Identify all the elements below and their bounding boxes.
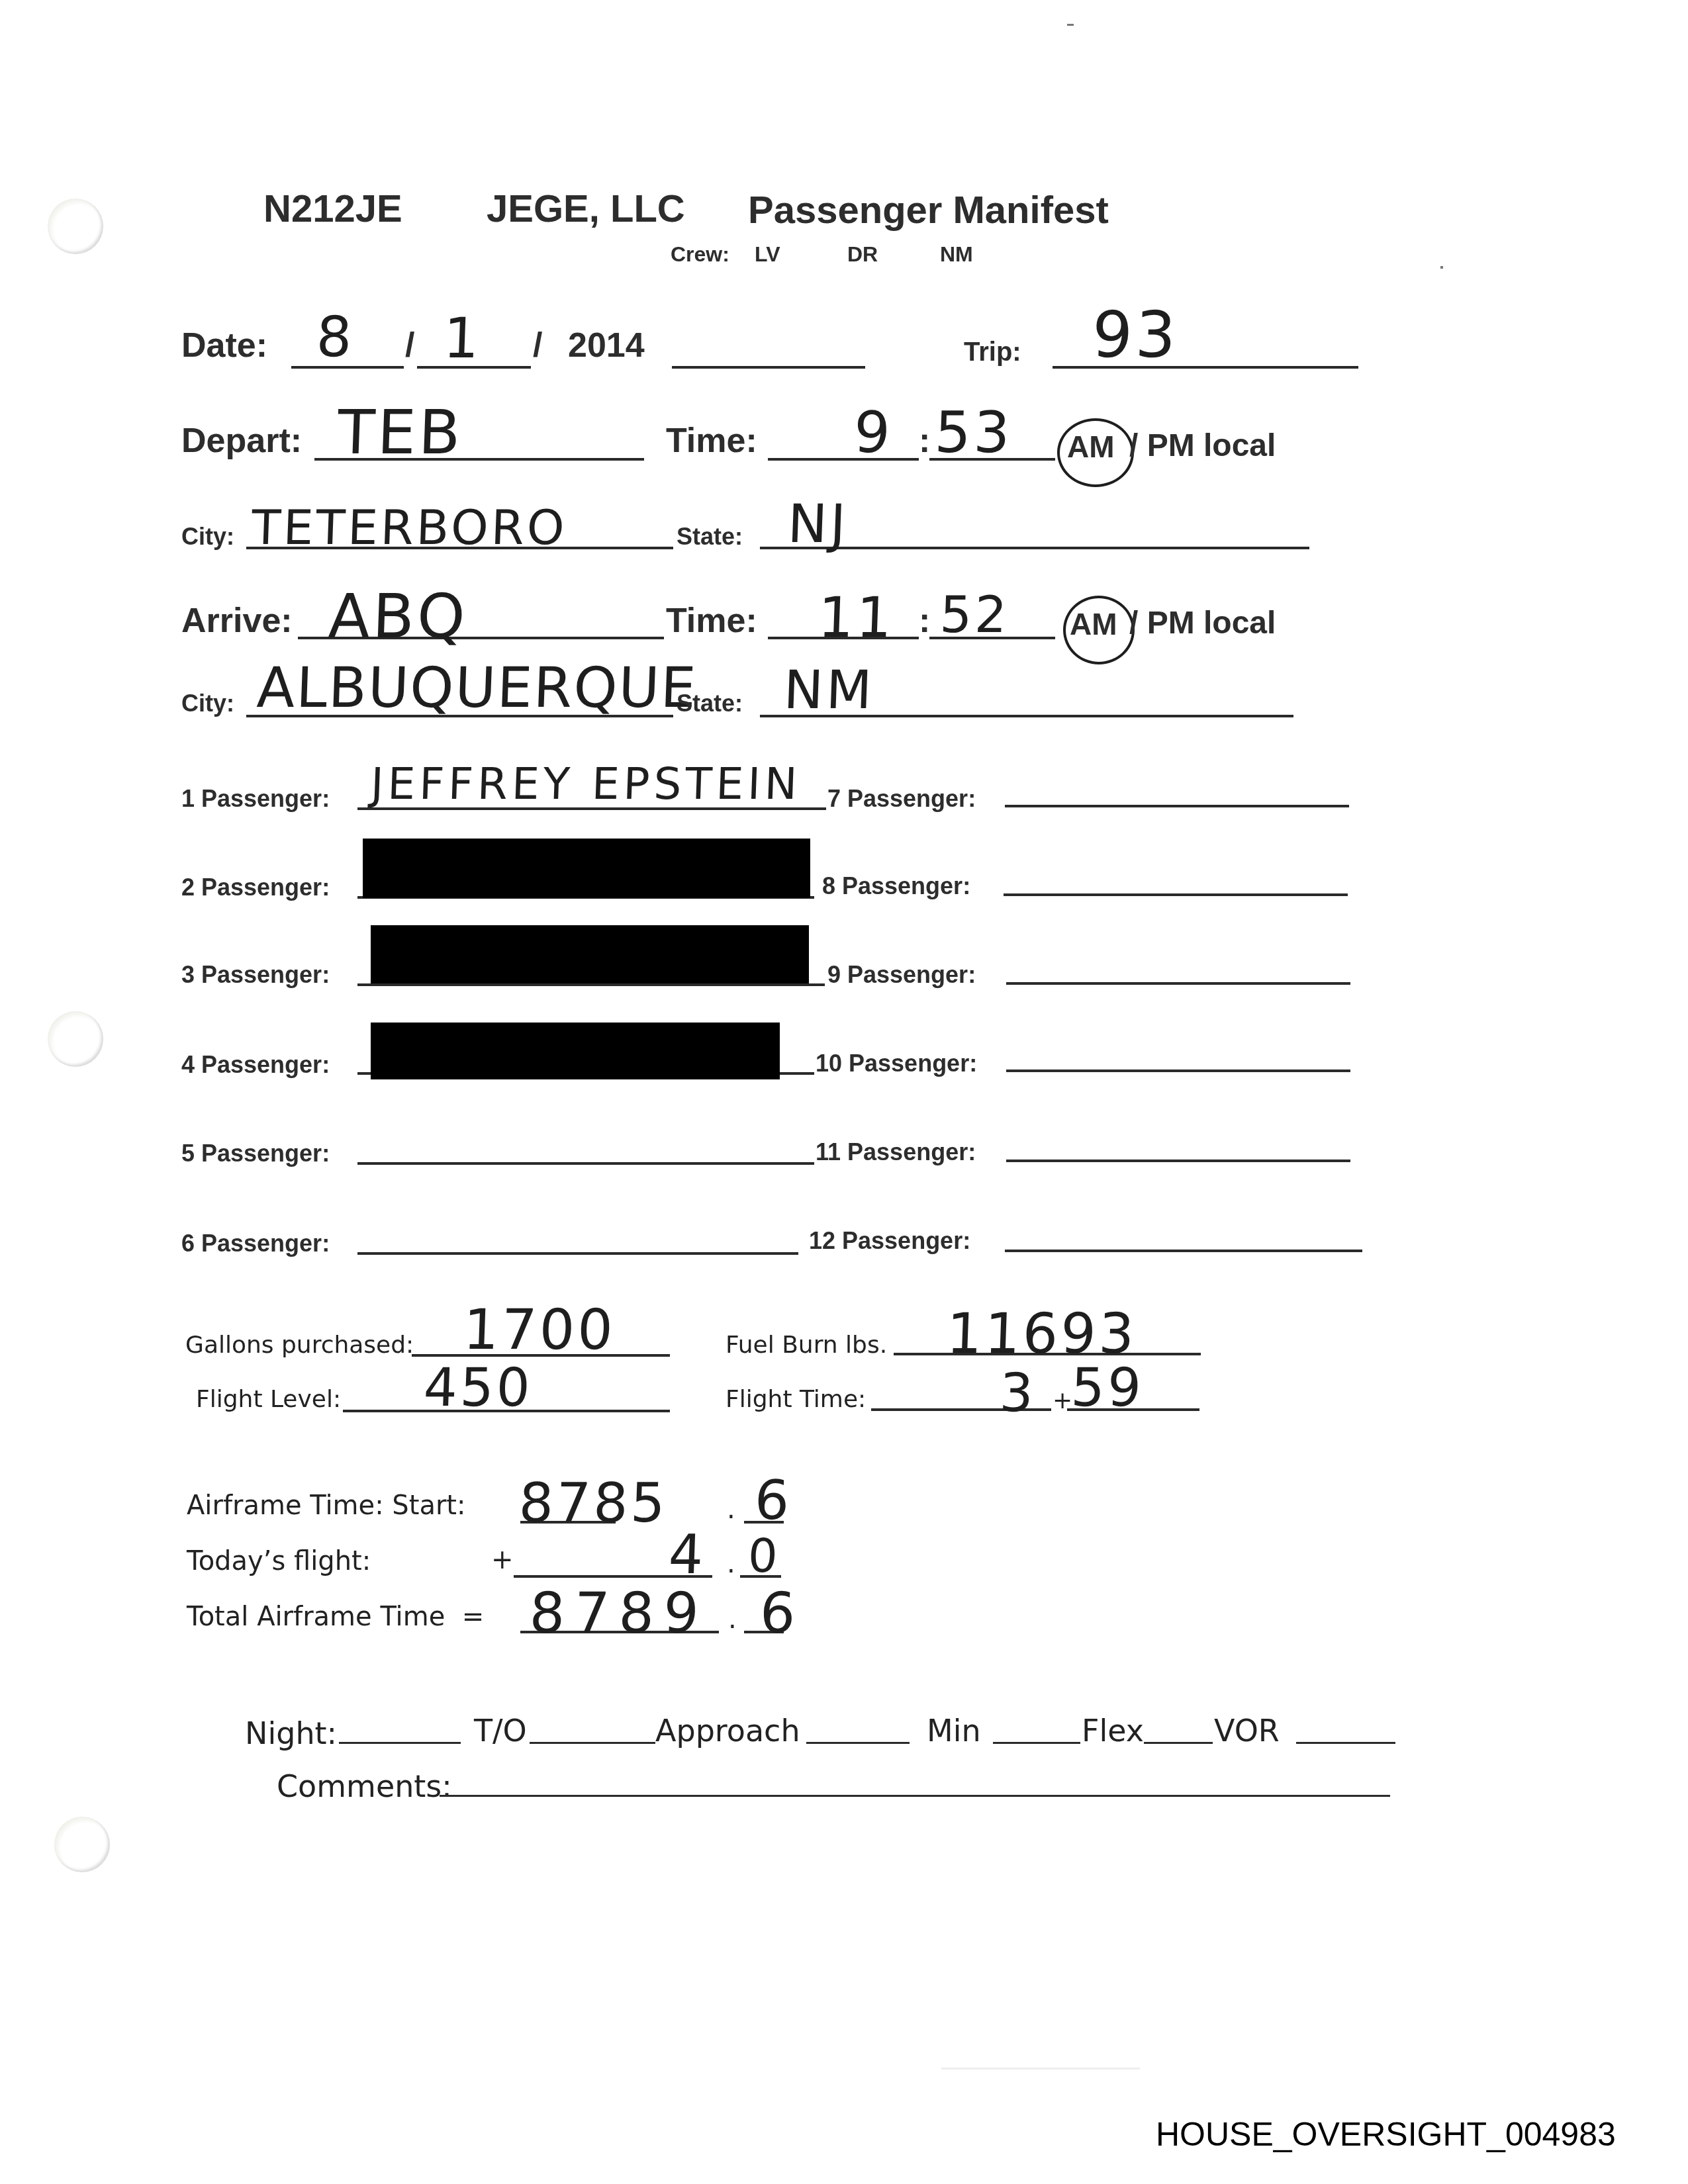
bates-number: HOUSE_OVERSIGHT_004983: [1156, 2115, 1616, 2154]
airframe-start-dot: .: [727, 1494, 735, 1525]
date-year-field[interactable]: [672, 366, 865, 369]
passenger-10-field[interactable]: [1006, 1069, 1350, 1072]
takeoff-field[interactable]: [530, 1742, 655, 1744]
todays-flight-dot: .: [727, 1549, 735, 1579]
scan-speck: [1067, 24, 1074, 26]
date-day-value: 1: [442, 306, 483, 371]
passenger-12-field[interactable]: [1005, 1250, 1362, 1252]
arrive-time-label: Time:: [666, 601, 757, 641]
min-field[interactable]: [993, 1742, 1080, 1744]
night-field[interactable]: [339, 1742, 461, 1744]
flex-field[interactable]: [1144, 1742, 1213, 1744]
total-airframe-label: Total Airframe Time =: [187, 1602, 484, 1632]
approach-label: Approach: [655, 1713, 800, 1749]
total-airframe-tenth-value: 6: [759, 1580, 799, 1645]
depart-time-colon: :: [919, 421, 930, 461]
vor-field[interactable]: [1296, 1742, 1395, 1744]
comments-field[interactable]: [440, 1795, 1390, 1797]
arrive-time-colon: :: [919, 601, 930, 641]
airframe-start-label: Airframe Time: Start:: [187, 1490, 466, 1521]
takeoff-label: T/O: [474, 1713, 527, 1749]
binder-hole-top: [48, 199, 103, 254]
todays-flight-plus: +: [491, 1545, 514, 1575]
min-label: Min: [927, 1713, 981, 1749]
binder-hole-middle: [48, 1011, 103, 1067]
arrive-city-label: City:: [181, 690, 234, 717]
scan-speck: [1440, 266, 1443, 269]
tail-number: N212JE: [263, 187, 402, 231]
flight-level-value: 450: [422, 1357, 534, 1418]
form-title: Passenger Manifest: [748, 188, 1109, 232]
crew-member-3: NM: [940, 242, 973, 267]
passenger-7-label: 7 Passenger:: [827, 785, 976, 813]
depart-city-value: TETERBORO: [251, 500, 568, 555]
arrive-minute-value: 52: [939, 585, 1010, 644]
passenger-5-label: 5 Passenger:: [181, 1140, 330, 1167]
total-airframe-whole-value: 8789: [528, 1580, 709, 1645]
passenger-6-label: 6 Passenger:: [181, 1230, 330, 1257]
arrive-label: Arrive:: [181, 601, 293, 641]
arrive-airport-value: ABQ: [327, 581, 469, 652]
date-separator-2: /: [533, 326, 542, 365]
arrive-pm-option[interactable]: / PM local: [1129, 605, 1276, 641]
depart-hour-value: 9: [853, 400, 894, 466]
depart-minute-value: 53: [933, 400, 1013, 466]
gallons-label: Gallons purchased:: [185, 1332, 414, 1359]
date-label: Date:: [181, 326, 267, 365]
passenger-10-label: 10 Passenger:: [816, 1050, 977, 1077]
arrive-am-option[interactable]: AM: [1070, 606, 1117, 642]
fuel-burn-label: Fuel Burn lbs.: [726, 1332, 887, 1359]
airframe-start-whole-value: 8785: [518, 1472, 669, 1535]
approach-field[interactable]: [806, 1742, 910, 1744]
passenger-9-field[interactable]: [1006, 982, 1350, 985]
flex-label: Flex: [1082, 1713, 1144, 1749]
arrive-hour-value: 11: [817, 585, 895, 650]
crew-member-2: DR: [847, 242, 878, 267]
trip-value: 93: [1091, 298, 1180, 372]
depart-label: Depart:: [181, 421, 302, 461]
passenger-2-redaction: [363, 839, 810, 898]
comments-label: Comments:: [277, 1768, 452, 1804]
binder-hole-bottom: [54, 1817, 110, 1872]
crew-member-1: LV: [755, 242, 780, 267]
passenger-4-redaction: [371, 1023, 780, 1079]
passenger-11-label: 11 Passenger:: [816, 1138, 976, 1166]
passenger-3-label: 3 Passenger:: [181, 961, 330, 989]
date-month-value: 8: [315, 304, 355, 369]
total-airframe-dot: .: [728, 1604, 737, 1635]
flight-time-hours-value: 3: [998, 1362, 1037, 1424]
passenger-9-label: 9 Passenger:: [827, 961, 976, 989]
todays-flight-tenth-value: 0: [747, 1529, 781, 1583]
arrive-state-label: State:: [677, 690, 743, 717]
depart-airport-value: TEB: [336, 397, 464, 468]
airframe-start-tenth-value: 6: [753, 1469, 792, 1532]
flight-time-label: Flight Time:: [726, 1386, 866, 1413]
vor-label: VOR: [1214, 1713, 1280, 1749]
arrive-city-value: ALBUQUERQUE: [256, 655, 698, 720]
passenger-3-field[interactable]: [357, 983, 825, 986]
depart-state-value: NJ: [786, 493, 849, 555]
depart-hour-field[interactable]: [768, 458, 919, 461]
date-year: 2014: [568, 326, 645, 365]
passenger-2-label: 2 Passenger:: [181, 874, 330, 901]
passenger-8-label: 8 Passenger:: [822, 872, 970, 900]
flight-time-minutes-value: 59: [1070, 1357, 1145, 1418]
passenger-4-label: 4 Passenger:: [181, 1051, 330, 1079]
depart-state-label: State:: [677, 523, 743, 551]
crew-label: Crew:: [671, 242, 729, 267]
passenger-12-label: 12 Passenger:: [809, 1227, 970, 1255]
passenger-5-field[interactable]: [357, 1162, 814, 1165]
company-name: JEGE, LLC: [487, 187, 685, 231]
trip-label: Trip:: [964, 338, 1021, 367]
depart-pm-option[interactable]: / PM local: [1129, 428, 1276, 464]
passenger-1-label: 1 Passenger:: [181, 785, 330, 813]
scan-speck: [941, 2068, 1140, 2070]
arrive-state-value: NM: [782, 659, 875, 721]
depart-am-option[interactable]: AM: [1067, 429, 1115, 465]
depart-time-label: Time:: [666, 421, 757, 461]
night-label: Night:: [245, 1715, 337, 1751]
passenger-3-redaction: [371, 925, 809, 983]
passenger-7-field[interactable]: [1005, 805, 1349, 807]
gallons-value: 1700: [462, 1297, 616, 1362]
depart-city-label: City:: [181, 523, 234, 551]
passenger-8-field[interactable]: [1004, 893, 1348, 896]
flight-level-label: Flight Level:: [196, 1386, 341, 1413]
date-separator-1: /: [405, 326, 414, 365]
passenger-11-field[interactable]: [1006, 1160, 1350, 1162]
passenger-1-value: JEFFREY EPSTEIN: [370, 758, 802, 809]
passenger-6-field[interactable]: [357, 1252, 798, 1255]
todays-flight-whole-value: 4: [667, 1524, 706, 1586]
todays-flight-label: Today’s flight:: [187, 1546, 371, 1576]
